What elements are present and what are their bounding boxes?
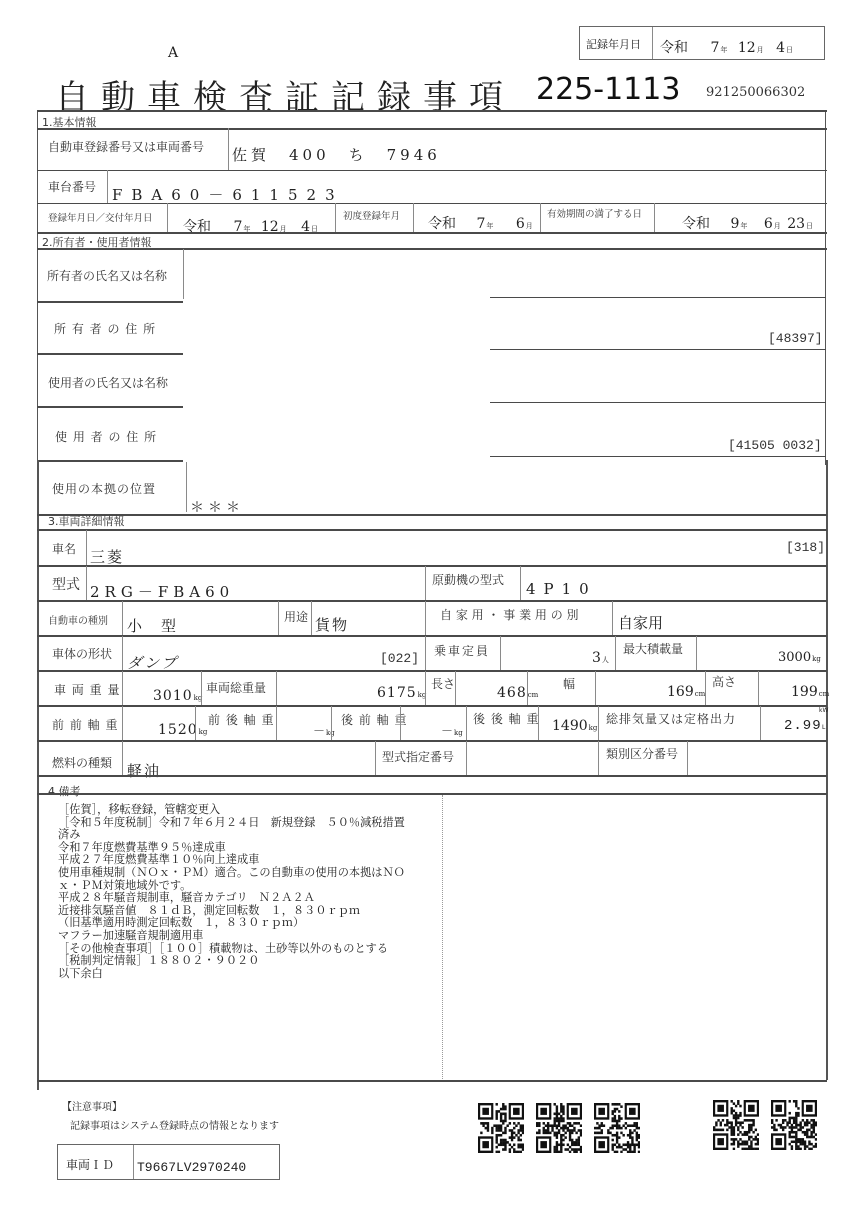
rear-front-axle-label: 後 前 軸 重 — [341, 711, 407, 728]
model-label: 型式 — [52, 574, 80, 594]
notice-text: 記録事項はシステム登録時点の情報となります — [70, 1117, 279, 1132]
capacity-label: 乗車定員 — [434, 642, 490, 659]
height-label: 高さ — [712, 673, 736, 690]
record-date-value: 令和 7年 12月 4日 — [660, 37, 793, 57]
user-address-label: 使 用 者 の 住 所 — [55, 428, 157, 445]
owner-address-label: 所 有 者 の 住 所 — [54, 320, 156, 337]
displacement-unit-kw: kW — [819, 707, 828, 714]
front-rear-axle-label: 前 後 軸 重 — [208, 711, 274, 728]
vehicle-type-value: 小 型 — [127, 615, 178, 636]
expiry-label: 有効期間の満了する日 — [547, 206, 642, 220]
model-value: 2RG－FBA60 — [90, 581, 234, 602]
gross-weight-value: 6175kg — [377, 685, 426, 701]
rear-rear-axle-label: 後 後 軸 重 — [473, 710, 539, 727]
use-label: 自 家 用 ・ 事 業 用 の 別 — [440, 606, 579, 623]
doc-serial: 921250066302 — [706, 85, 805, 100]
owner-name-label: 所有者の氏名又は名称 — [47, 267, 167, 284]
vehicle-id-box: 車両ＩＤ T9667LV2970240 — [57, 1144, 280, 1180]
rear-rear-axle-value: 1490kg — [552, 718, 597, 734]
section-remarks-title: 4.備考 — [48, 783, 81, 799]
qr-code-3-icon — [594, 1103, 640, 1153]
record-date-label: 記録年月日 — [586, 36, 641, 52]
displacement-label: 総排気量又は定格出力 — [606, 710, 736, 727]
purpose-label: 用途 — [284, 608, 308, 625]
gross-weight-label: 車両総重量 — [206, 679, 266, 696]
max-load-value: 3000kg — [778, 650, 821, 665]
displacement-unit-l: L — [822, 724, 825, 731]
engine-value: 4P10 — [526, 580, 597, 598]
vehicle-id-label: 車両ＩＤ — [66, 1156, 114, 1173]
rear-front-axle-value: －kg — [441, 722, 463, 739]
engine-label: 原動機の型式 — [432, 571, 504, 588]
car-name-value: 三菱 — [90, 546, 124, 567]
displacement-value: 2.99 — [784, 718, 822, 734]
qr-code-5-icon — [771, 1100, 817, 1150]
type-designation-label: 型式指定番号 — [382, 748, 454, 765]
body-shape-code: [022] — [380, 651, 419, 666]
front-front-axle-value: 1520kg — [158, 722, 207, 738]
reg-date-label: 登録年月日／交付年月日 — [48, 210, 153, 224]
max-load-label: 最大積載量 — [623, 640, 683, 657]
use-value: 自家用 — [618, 612, 663, 633]
notice-title: 【注意事項】 — [62, 1098, 122, 1113]
qr-code-1-icon — [478, 1103, 524, 1153]
qr-code-4-icon — [713, 1100, 759, 1150]
vehicle-type-label: 自動車の種別 — [48, 612, 108, 627]
vehicle-weight-value: 3010kg — [153, 688, 202, 704]
car-name-code: [318] — [786, 540, 825, 555]
chassis-value: FBA60－611523 — [112, 184, 344, 205]
section-vehicle-detail-title: 3.車両詳細情報 — [48, 513, 125, 529]
capacity-value: 3人 — [592, 650, 609, 666]
form-mark: A — [168, 45, 178, 61]
user-code: [41505 0032] — [728, 438, 822, 453]
width-label: 幅 — [563, 675, 575, 692]
height-value: 199cm — [791, 684, 829, 700]
doc-number: 225-1113 — [536, 72, 680, 107]
vehicle-id-value: T9667LV2970240 — [137, 1160, 246, 1175]
owner-code: [48397] — [768, 331, 823, 346]
fuel-type-value: 軽油 — [127, 760, 161, 781]
width-value: 169cm — [667, 684, 705, 700]
first-reg-value: 令和 7年 6月 — [428, 213, 533, 233]
length-label: 長さ — [431, 675, 455, 692]
purpose-value: 貨物 — [315, 614, 349, 635]
fuel-type-label: 燃料の種類 — [52, 754, 112, 771]
car-name-label: 車名 — [52, 540, 76, 557]
qr-code-2-icon — [536, 1103, 582, 1153]
first-reg-label: 初度登録年月 — [343, 208, 400, 222]
reg-number-value: 佐賀 400 ち 7946 — [232, 144, 441, 165]
category-number-label: 類別区分番号 — [606, 745, 678, 762]
length-value: 468cm — [497, 685, 538, 701]
record-date-box: 記録年月日 令和 7年 12月 4日 — [579, 26, 825, 60]
body-shape-label: 車体の形状 — [52, 645, 112, 662]
reg-number-label: 自動車登録番号又は車両番号 — [48, 138, 204, 155]
remarks-text: ［佐賀］，移転登録，管轄変更入 ［令和５年度税制］令和７年６月２４日 新規登録 … — [58, 804, 448, 980]
front-front-axle-label: 前 前 軸 重 — [52, 716, 118, 733]
user-name-label: 使用者の氏名又は名称 — [48, 374, 168, 391]
chassis-label: 車台番号 — [48, 178, 96, 195]
expiry-value: 令和 9年 6月 23日 — [682, 213, 813, 233]
base-location-label: 使用の本拠の位置 — [52, 480, 156, 497]
vehicle-weight-label: 車 両 重 量 — [54, 681, 120, 698]
